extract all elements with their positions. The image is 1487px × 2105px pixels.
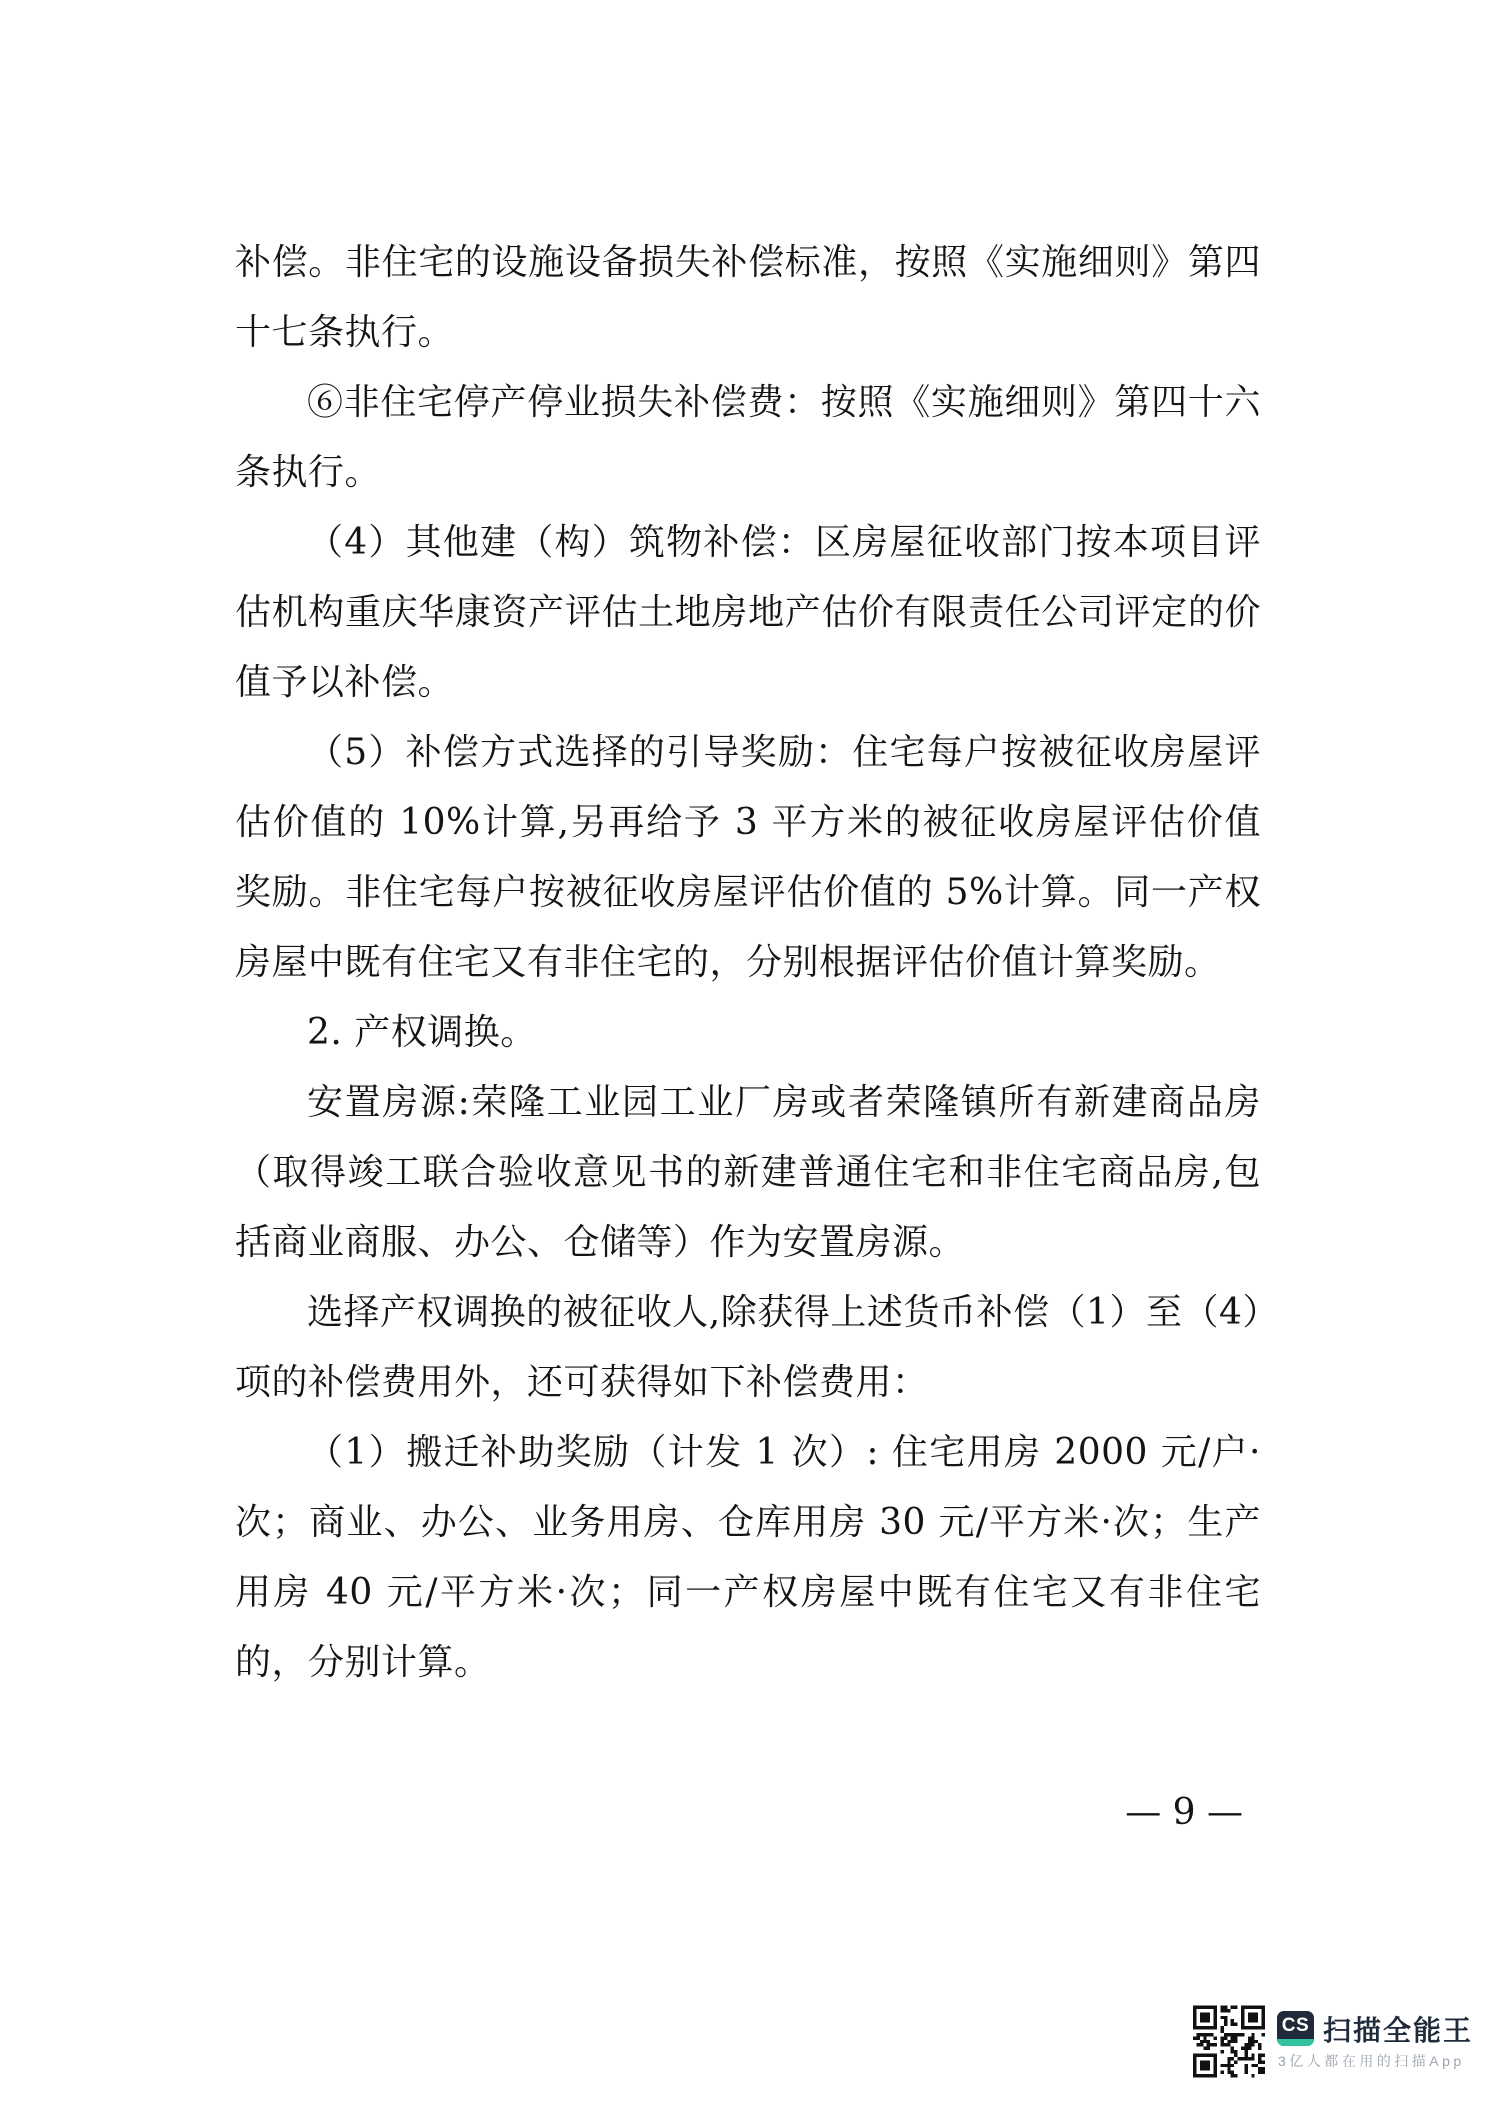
badge-teal-strip — [1277, 2039, 1314, 2046]
paragraph: ⑥非住宅停产停业损失补偿费：按照《实施细则》第四十六条执行。 — [235, 368, 1261, 508]
paragraph: （4）其他建（构）筑物补偿：区房屋征收部门按本项目评估机构重庆华康资产评估土地房… — [235, 508, 1261, 718]
cs-logo-letters: CS — [1282, 2015, 1309, 2037]
app-tagline-label: 3亿人都在用的扫描App — [1278, 2051, 1465, 2071]
app-name-label: 扫描全能王 — [1323, 2011, 1473, 2046]
paragraph: 选择产权调换的被征收人,除获得上述货币补偿（1）至（4）项的补偿费用外，还可获得… — [235, 1278, 1261, 1418]
paragraph: 2. 产权调换。 — [235, 998, 1261, 1068]
body-text: 补偿。非住宅的设施设备损失补偿标准，按照《实施细则》第四十七条执行。 ⑥非住宅停… — [235, 228, 1261, 1698]
badge-background — [1277, 2011, 1314, 2046]
camscanner-logo-badge: CS — [1277, 2011, 1314, 2046]
qr-code-icon — [1193, 2005, 1265, 2078]
page-number: — 9 — — [235, 1788, 1243, 1838]
paragraph: （1）搬迁补助奖励（计发 1 次）: 住宅用房 2000 元/户·次；商业、办公… — [235, 1418, 1261, 1698]
paragraph: 补偿。非住宅的设施设备损失补偿标准，按照《实施细则》第四十七条执行。 — [235, 228, 1261, 368]
paragraph: 安置房源:荣隆工业园工业厂房或者荣隆镇所有新建商品房（取得竣工联合验收意见书的新… — [235, 1068, 1261, 1278]
paragraph: （5）补偿方式选择的引导奖励：住宅每户按被征收房屋评估价值的 10%计算,另再给… — [235, 718, 1261, 998]
scanned-document-page: 补偿。非住宅的设施设备损失补偿标准，按照《实施细则》第四十七条执行。 ⑥非住宅停… — [0, 0, 1487, 2105]
